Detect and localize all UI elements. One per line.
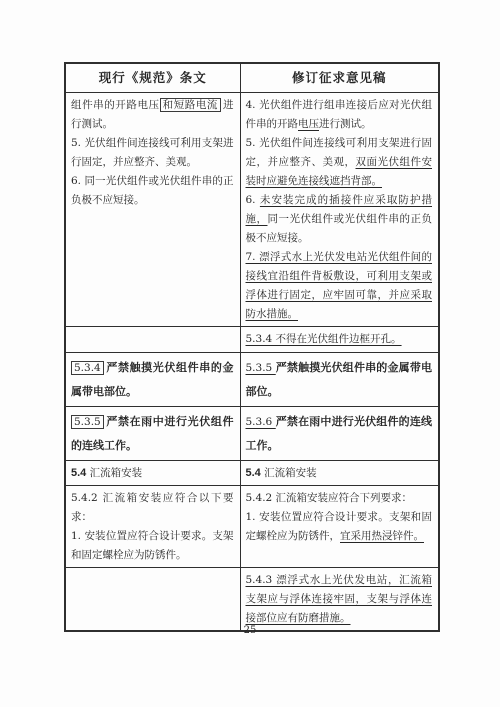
table-header: 现行《规范》条文 修订征求意见稿 — [65, 63, 439, 93]
cell-current-provision: 5.3.4严禁触摸光伏组件串的金属带电部位。 — [65, 353, 240, 407]
paragraph: 5.4.2 汇流箱安装应符合下列要求： — [246, 489, 433, 508]
text-segment: 汇流箱安装 — [86, 467, 142, 479]
cell-current-provision — [65, 327, 240, 353]
text-segment-u: 5.3.5 — [246, 362, 276, 374]
header-row: 现行《规范》条文 修订征求意见稿 — [65, 63, 439, 93]
text-segment: 6. — [246, 194, 260, 206]
paragraph: 5.3.4严禁触摸光伏组件串的金属带电部位。 — [71, 356, 234, 404]
table-row: 5.3.4严禁触摸光伏组件串的金属带电部位。5.3.5 严禁触摸光伏组件串的金属… — [65, 353, 439, 407]
text-segment-u: 电压 — [298, 118, 319, 130]
table-row: 组件串的开路电压和短路电流进行测试。5. 光伏组件间连接线可利用支架进行固定，并… — [65, 93, 439, 327]
paragraph: 5. 光伏组件间连接线可利用支架进行固定，并应整齐、美观，双面光伏组件安装时应避… — [246, 134, 433, 191]
table-row: 5.3.5严禁在雨中进行光伏组件的连线工作。5.3.6 严禁在雨中进行光伏组件的… — [65, 407, 439, 461]
text-segment: 1. 安装位置应符合设计要求。支架和固定螺栓应为防锈件。 — [71, 530, 234, 561]
table-row: 5.4 汇流箱安装5.4 汇流箱安装 — [65, 461, 439, 486]
paragraph: 5.4.2 汇流箱安装应符合以下要求： — [71, 489, 234, 527]
paragraph: 5.3.6 严禁在雨中进行光伏组件的连线工作。 — [246, 410, 433, 458]
cell-current-provision — [65, 568, 240, 632]
table-row: 5.3.4 不得在光伏组件边框开孔。 — [65, 327, 439, 353]
text-segment-u: 5.3.4 不得在光伏组件边框开孔。 — [246, 333, 402, 345]
text-segment-u: 宜采用热浸锌件。 — [340, 530, 424, 542]
text-segment: 组件串的开路电压 — [71, 99, 160, 111]
paragraph: 5.4.3 漂浮式水上光伏发电站，汇流箱支架应与浮体连接牢固，支架与浮体连接部位… — [246, 571, 433, 628]
paragraph: 5.4 汇流箱安装 — [246, 464, 433, 483]
cell-revised-draft: 5.3.4 不得在光伏组件边框开孔。 — [240, 327, 439, 353]
paragraph: 组件串的开路电压和短路电流进行测试。 — [71, 96, 234, 134]
text-segment: 进行测试。 — [319, 118, 372, 130]
paragraph: 5.3.5 严禁触摸光伏组件串的金属带电部位。 — [246, 356, 433, 404]
text-segment: 6. 同一光伏组件或光伏组件串的正负极不应短接。 — [71, 175, 234, 206]
cell-revised-draft: 5.3.5 严禁触摸光伏组件串的金属带电部位。 — [240, 353, 439, 407]
text-segment: 5.4.2 汇流箱安装应符合以下要求： — [71, 492, 234, 523]
text-segment: 汇流箱安装 — [261, 467, 317, 479]
paragraph: 4. 光伏组件进行组串连接后应对光伏组件串的开路电压进行测试。 — [246, 96, 433, 134]
paragraph: 5. 光伏组件间连接线可利用支架进行固定，并应整齐、美观。 — [71, 134, 234, 172]
text-segment-box: 5.3.4 — [71, 361, 104, 375]
text-segment-b: 5.4 — [246, 467, 261, 479]
table-row: 5.4.2 汇流箱安装应符合以下要求：1. 安装位置应符合设计要求。支架和固定螺… — [65, 486, 439, 568]
table-row: 5.4.3 漂浮式水上光伏发电站，汇流箱支架应与浮体连接牢固，支架与浮体连接部位… — [65, 568, 439, 632]
cell-revised-draft: 4. 光伏组件进行组串连接后应对光伏组件串的开路电压进行测试。5. 光伏组件间连… — [240, 93, 439, 327]
cell-revised-draft: 5.4 汇流箱安装 — [240, 461, 439, 486]
text-segment-box: 5.3.5 — [71, 415, 104, 429]
text-segment-u: 7. 漂浮式水上光伏发电站光伏组件间的接线宜沿组件背板敷设，可利用支架或浮体进行… — [246, 251, 433, 320]
cell-current-provision: 组件串的开路电压和短路电流进行测试。5. 光伏组件间连接线可利用支架进行固定，并… — [65, 93, 240, 327]
text-segment-u: 5.4.3 漂浮式水上光伏发电站，汇流箱支架应与浮体连接牢固，支架与浮体连接部位… — [246, 574, 433, 624]
paragraph: 6. 未安装完成的插接件应采取防护措施，同一光伏组件或光伏组件串的正负极不应短接… — [246, 191, 433, 248]
header-revised-column: 修订征求意见稿 — [240, 63, 439, 93]
cell-revised-draft: 5.4.2 汇流箱安装应符合下列要求：1. 安装位置应符合设计要求。支架和固定螺… — [240, 486, 439, 568]
text-segment: 5.4.2 汇流箱安装应符合下列要求： — [246, 492, 413, 504]
cell-revised-draft: 5.3.6 严禁在雨中进行光伏组件的连线工作。 — [240, 407, 439, 461]
header-current-column: 现行《规范》条文 — [65, 63, 240, 93]
paragraph: 7. 漂浮式水上光伏发电站光伏组件间的接线宜沿组件背板敷设，可利用支架或浮体进行… — [246, 248, 433, 324]
text-segment-box: 和短路电流 — [160, 98, 221, 112]
text-segment: 5. 光伏组件间连接线可利用支架进行固定，并应整齐、美观。 — [71, 137, 234, 168]
cell-current-provision: 5.4.2 汇流箱安装应符合以下要求：1. 安装位置应符合设计要求。支架和固定螺… — [65, 486, 240, 568]
text-segment-u: 5.3.6 — [246, 416, 276, 428]
paragraph: 5.3.5严禁在雨中进行光伏组件的连线工作。 — [71, 410, 234, 458]
paragraph: 1. 安装位置应符合设计要求。支架和固定螺栓应为防锈件，宜采用热浸锌件。 — [246, 508, 433, 546]
cell-current-provision: 5.4 汇流箱安装 — [65, 461, 240, 486]
page-number: 25 — [0, 625, 500, 636]
paragraph: 6. 同一光伏组件或光伏组件串的正负极不应短接。 — [71, 172, 234, 210]
comparison-table-body: 组件串的开路电压和短路电流进行测试。5. 光伏组件间连接线可利用支架进行固定，并… — [65, 93, 439, 632]
cell-current-provision: 5.3.5严禁在雨中进行光伏组件的连线工作。 — [65, 407, 240, 461]
comparison-table: 现行《规范》条文 修订征求意见稿 组件串的开路电压和短路电流进行测试。5. 光伏… — [64, 62, 440, 632]
text-segment-b: 5.4 — [71, 467, 86, 479]
cell-revised-draft: 5.4.3 漂浮式水上光伏发电站，汇流箱支架应与浮体连接牢固，支架与浮体连接部位… — [240, 568, 439, 632]
paragraph: 5.3.4 不得在光伏组件边框开孔。 — [246, 330, 433, 349]
document-page: 现行《规范》条文 修订征求意见稿 组件串的开路电压和短路电流进行测试。5. 光伏… — [0, 0, 500, 707]
paragraph: 5.4 汇流箱安装 — [71, 464, 234, 483]
paragraph: 1. 安装位置应符合设计要求。支架和固定螺栓应为防锈件。 — [71, 527, 234, 565]
text-segment: 同一光伏组件或光伏组件串的正负极不应短接。 — [246, 213, 433, 244]
